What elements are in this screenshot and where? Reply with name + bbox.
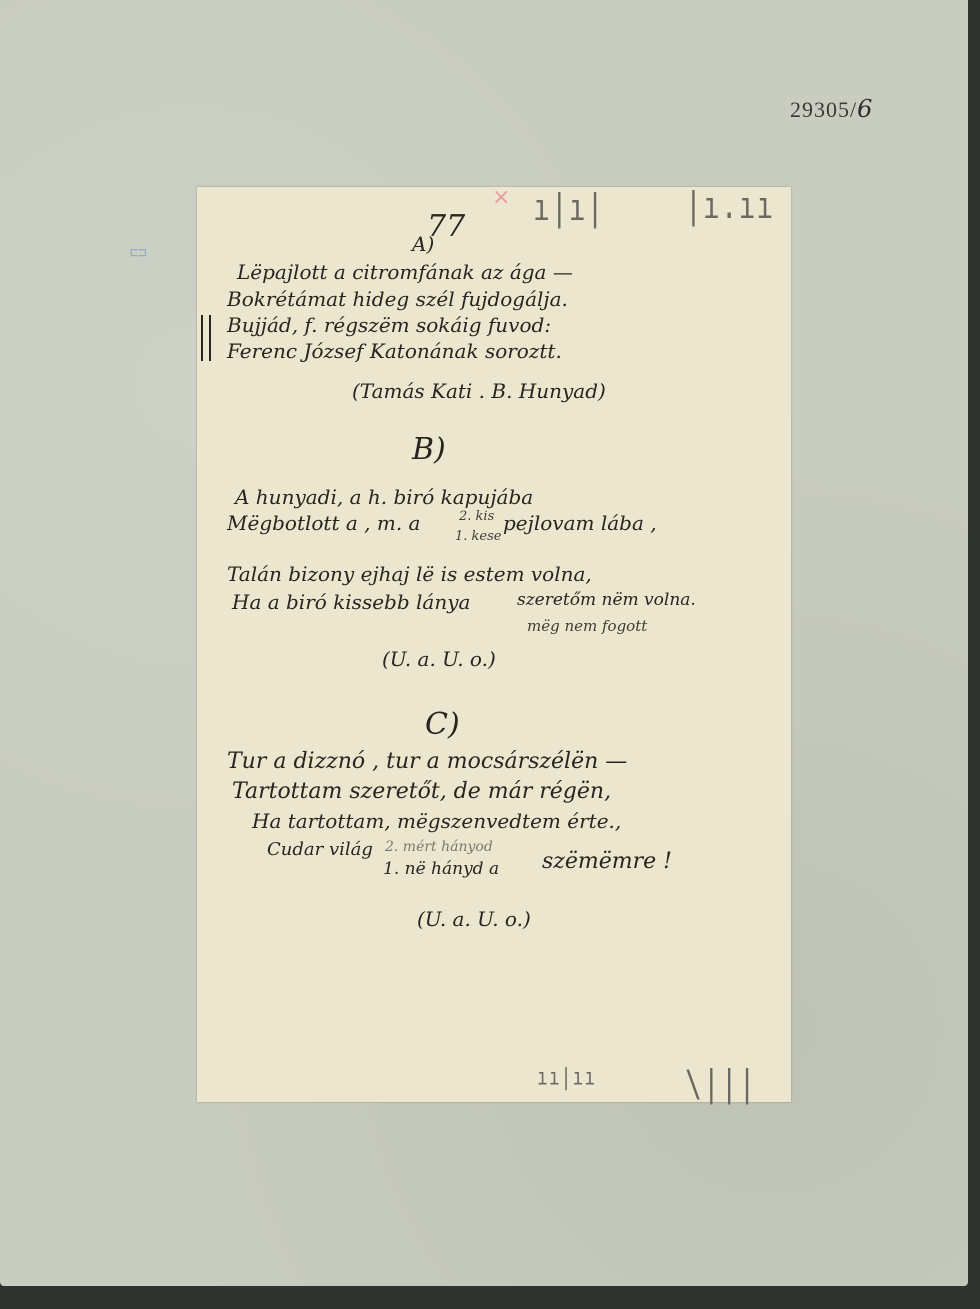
- section-c-line-4-rest: szëmëmre !: [542, 849, 672, 874]
- section-a-line-1: Lëpajlott a citromfának az ága —: [237, 260, 573, 284]
- section-a-line-3: Bujjád, f. régszëm sokáig fuvod:: [227, 313, 551, 337]
- manuscript-sheet: × ı|ı| |ı.ıı ıı|ıı \||| 77 A) Lëpajlott …: [197, 187, 791, 1102]
- inventory-number-suffix: 6: [857, 95, 873, 123]
- section-a-margin-bar: [201, 315, 211, 361]
- inventory-number-stamp: 29305/: [790, 97, 857, 122]
- section-b-line-4: Ha a biró kissebb lánya: [232, 590, 470, 614]
- section-c-source: (U. a. U. o.): [417, 907, 531, 931]
- section-c-line-4: Cudar világ: [267, 839, 373, 860]
- section-b-line-3: Talán bizony ejhaj lë is estem volna,: [227, 562, 592, 586]
- section-a-line-4: Ferenc József Katonának soroztt.: [227, 339, 562, 363]
- tick-marks-top-center: ı|ı|: [533, 186, 604, 229]
- red-cross-mark: ×: [492, 185, 510, 210]
- tick-marks-bottom-center: ıı|ıı: [537, 1064, 596, 1091]
- section-c-line-1: Tur a dizznó , tur a mocsárszélën —: [227, 749, 627, 774]
- blue-pencil-mark: ⊏⊐: [130, 245, 147, 261]
- section-c-line-2: Tartottam szeretőt, de már régën,: [232, 779, 611, 804]
- tick-marks-bottom-right: \|||: [685, 1062, 756, 1105]
- section-c-line-3: Ha tartottam, mëgszenvedtem érte.,: [252, 809, 621, 833]
- section-b-line-2: Mëgbotlott a , m. a: [227, 511, 420, 535]
- section-b-label: B): [412, 432, 446, 467]
- section-c-line-4-variant-2: 2. mért hányod: [385, 839, 493, 855]
- section-b-line-4-variant-1: szeretőm nëm volna.: [517, 590, 696, 610]
- inventory-number: 29305/6: [790, 95, 873, 123]
- section-a-label: A): [412, 232, 434, 256]
- section-c-label: C): [425, 707, 460, 742]
- section-b-line-2-variant-2: 2. kis: [459, 509, 494, 524]
- section-b-line-2-variant-1: 1. kese: [455, 529, 501, 544]
- section-b-line-1: A hunyadi, a h. biró kapujába: [235, 485, 533, 509]
- section-b-line-2-rest: pejlovam lába ,: [503, 511, 657, 535]
- section-b-line-4-variant-2: mëg nem fogott: [527, 617, 647, 635]
- section-a-line-2: Bokrétámat hideg szél fujdogálja.: [227, 287, 568, 311]
- tick-marks-top-right: |ı.ıı: [685, 184, 774, 227]
- section-b-source: (U. a. U. o.): [382, 647, 496, 671]
- section-c-line-4-variant-1: 1. në hányd a: [383, 859, 499, 879]
- section-a-source: (Tamás Kati . B. Hunyad): [352, 379, 606, 403]
- archive-mount-board: 29305/6 ⊏⊐ × ı|ı| |ı.ıı ıı|ıı \||| 77 A)…: [0, 0, 968, 1286]
